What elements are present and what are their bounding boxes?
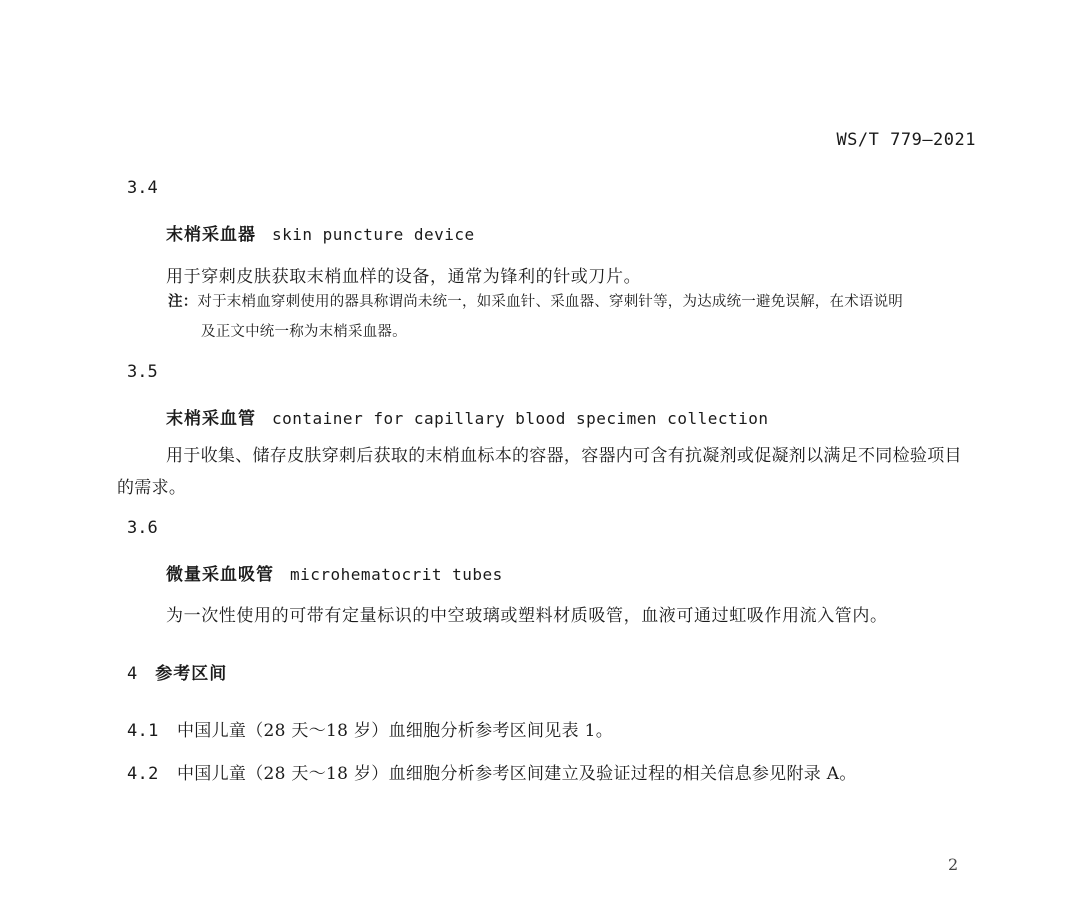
clause-number: 3.6 <box>127 518 158 538</box>
subclause-number: 4.2 <box>127 764 177 784</box>
section-heading: 4参考区间 <box>127 659 227 684</box>
term-zh: 微量采血吸管 <box>166 565 274 585</box>
note-line-2: 及正文中统一称为末梢采血器。 <box>168 317 980 347</box>
note-text: 对于末梢血穿刺使用的器具称谓尚未统一，如采血针、采血器、穿刺针等，为达成统一避免… <box>197 294 903 310</box>
term-definition: 用于穿刺皮肤获取末梢血样的设备，通常为锋利的针或刀片。 <box>166 262 641 287</box>
term-heading: 微量采血吸管microhematocrit tubes <box>166 560 503 585</box>
subclause-text: 中国儿童（28 天～18 岁）血细胞分析参考区间建立及验证过程的相关信息参见附录… <box>177 764 857 784</box>
subclause-4-2: 4.2中国儿童（28 天～18 岁）血细胞分析参考区间建立及验证过程的相关信息参… <box>127 759 857 784</box>
clause-number: 3.5 <box>127 362 158 382</box>
term-en: container for capillary blood specimen c… <box>272 409 769 428</box>
subclause-text: 中国儿童（28 天～18 岁）血细胞分析参考区间见表 1。 <box>177 721 613 741</box>
term-note: 注：对于末梢血穿刺使用的器具称谓尚未统一，如采血针、采血器、穿刺针等，为达成统一… <box>168 287 980 347</box>
subclause-4-1: 4.1中国儿童（28 天～18 岁）血细胞分析参考区间见表 1。 <box>127 716 613 741</box>
standard-code: WS/T 779—2021 <box>836 130 976 150</box>
note-label: 注： <box>168 294 197 310</box>
section-title: 参考区间 <box>155 664 227 684</box>
term-definition: 为一次性使用的可带有定量标识的中空玻璃或塑料材质吸管，血液可通过虹吸作用流入管内… <box>166 601 888 626</box>
page-number: 2 <box>948 855 958 874</box>
clause-number: 3.4 <box>127 178 158 198</box>
note-line-1: 注：对于末梢血穿刺使用的器具称谓尚未统一，如采血针、采血器、穿刺针等，为达成统一… <box>168 287 980 317</box>
term-definition: 用于收集、储存皮肤穿刺后获取的末梢血标本的容器，容器内可含有抗凝剂或促凝剂以满足… <box>117 440 979 504</box>
term-zh: 末梢采血器 <box>166 225 256 245</box>
term-heading: 末梢采血管container for capillary blood speci… <box>166 404 769 429</box>
term-en: skin puncture device <box>272 225 475 244</box>
term-heading: 末梢采血器skin puncture device <box>166 220 475 245</box>
section-number: 4 <box>127 664 137 684</box>
term-en: microhematocrit tubes <box>290 565 503 584</box>
term-zh: 末梢采血管 <box>166 409 256 429</box>
subclause-number: 4.1 <box>127 721 177 741</box>
